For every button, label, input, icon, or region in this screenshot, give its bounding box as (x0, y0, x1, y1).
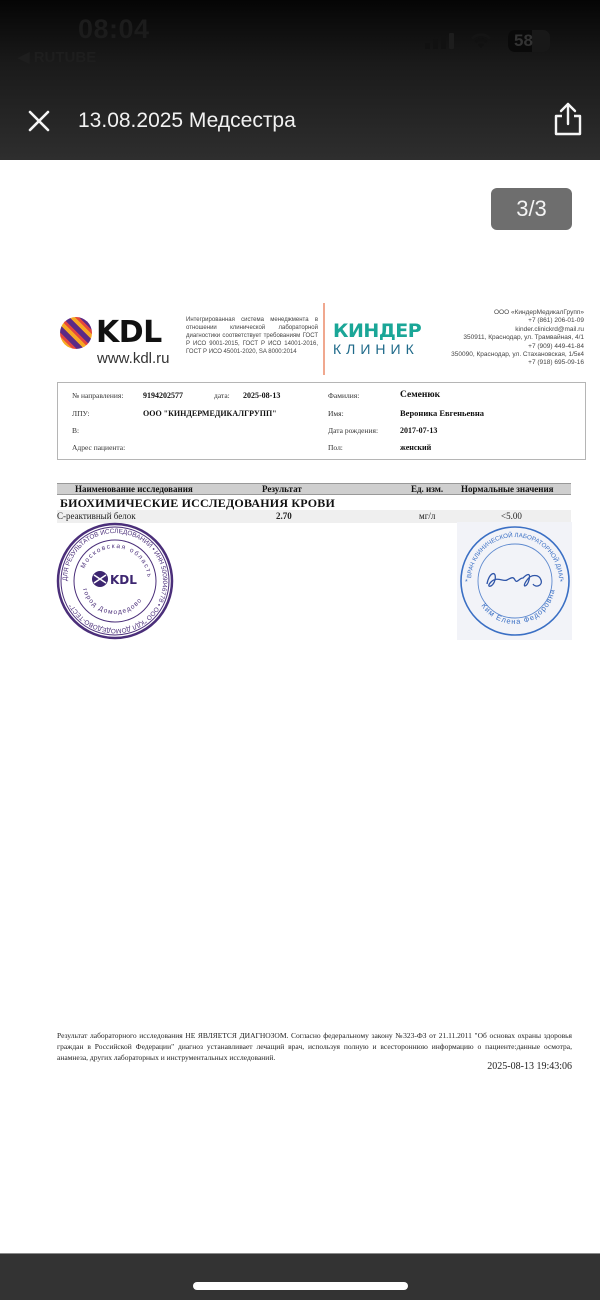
battery-icon: 58 (508, 30, 550, 52)
dob-label: Дата рождения: (328, 426, 378, 435)
svg-text:Ким Елена Федоровна: Ким Елена Федоровна (480, 588, 557, 626)
wifi-icon (470, 33, 492, 49)
results-section-title: БИОХИМИЧЕСКИЕ ИССЛЕДОВАНИЯ КРОВИ (60, 496, 335, 511)
dob-value: 2017-07-13 (400, 426, 437, 435)
lpu-label: ЛПУ: (72, 409, 90, 418)
clinic-contact-line: ООО «КиндерМедикалГрупп» (384, 309, 584, 317)
home-indicator[interactable] (193, 1282, 408, 1290)
svg-text:ВРАЧ КЛИНИЧЕСКОЙ ЛАБОРАТОРНОЙ: ВРАЧ КЛИНИЧЕСКОЙ ЛАБОРАТОРНОЙ ДИАГНОСТИК… (457, 522, 564, 581)
kdl-url: www.kdl.ru (97, 350, 170, 367)
header-divider (323, 303, 325, 375)
svg-text:KDL: KDL (110, 573, 137, 587)
kdl-certification: Интегрированная система менеджмента в от… (186, 316, 318, 356)
back-to-app-link[interactable]: ◀ RUTUBE (18, 48, 96, 66)
sex-value: женский (400, 443, 431, 452)
clinic-contact-line: +7 (918) 695-09-16 (384, 359, 584, 367)
column-header-name: Наименование исследования (75, 484, 193, 494)
document-title: 13.08.2025 Медсестра (78, 109, 296, 133)
svg-text:*: * (465, 579, 468, 586)
close-icon[interactable] (22, 104, 56, 138)
share-icon[interactable] (550, 100, 586, 140)
clinic-contact-line: +7 (909) 449-41-84 (384, 343, 584, 351)
bottom-bar (0, 1253, 600, 1300)
results-table-header: Наименование исследования Результат Ед. … (57, 483, 571, 495)
clinic-contact-line: +7 (861) 206-01-09 (384, 317, 584, 325)
kdl-logo: KDL (60, 315, 162, 350)
disclaimer-text: Результат лабораторного исследования НЕ … (57, 1030, 572, 1063)
kdl-logo-text: KDL (96, 315, 162, 350)
test-normal-range: <5.00 (501, 511, 522, 521)
date-value: 2025-08-13 (243, 391, 280, 400)
clinic-contact-line: 350090, Краснодар, ул. Стахановская, 1/5… (384, 351, 584, 359)
column-header-result: Результат (262, 484, 302, 494)
test-unit: мг/л (419, 511, 435, 521)
clinic-contact-line: kinder.clinickrd@mail.ru (384, 326, 584, 334)
signature (487, 574, 541, 587)
top-bar: 08:04 ◀ RUTUBE 58 13.08.2025 Медсестра (0, 0, 600, 160)
v-label: В: (72, 426, 79, 435)
status-icons: 58 (425, 30, 550, 52)
name-label: Имя: (328, 409, 344, 418)
surname-value: Семенюк (400, 390, 440, 400)
clinic-contact-line: 350911, Краснодар, ул. Трамвайная, 4/1 (384, 334, 584, 342)
address-label: Адрес пациента: (72, 443, 125, 452)
surname-label: Фамилия: (328, 391, 359, 400)
svg-text:город Домодедово: город Домодедово (81, 588, 144, 616)
lpu-value: ООО "КИНДЕРМЕДИКАЛГРУПП" (143, 409, 277, 418)
name-value: Вероника Евгеньевна (400, 408, 484, 418)
printed-timestamp: 2025-08-13 19:43:06 (487, 1061, 572, 1072)
referral-value: 9194202577 (143, 391, 183, 400)
doctor-stamp: ВРАЧ КЛИНИЧЕСКОЙ ЛАБОРАТОРНОЙ ДИАГНОСТИК… (457, 522, 572, 640)
cellular-signal-icon (425, 33, 454, 49)
patient-info-box: № направления: 9194202577 дата: 2025-08-… (57, 382, 586, 460)
kdl-ball-icon (60, 317, 92, 349)
test-name: С-реактивный белок (57, 511, 136, 521)
svg-text:*: * (560, 579, 563, 586)
status-time: 08:04 (78, 14, 150, 45)
date-label: дата: (214, 391, 230, 400)
test-result: 2.70 (276, 511, 292, 521)
battery-percent: 58 (514, 31, 533, 51)
lab-stamp: ДЛЯ РЕЗУЛЬТАТОВ ИССЛЕДОВАНИЙ • ИНН 50090… (56, 522, 174, 640)
page-counter: 3/3 (491, 188, 572, 230)
clinic-contacts: ООО «КиндерМедикалГрупп» +7 (861) 206-01… (384, 309, 584, 368)
column-header-normal: Нормальные значения (461, 484, 554, 494)
column-header-unit: Ед. изм. (411, 484, 443, 494)
referral-label: № направления: (72, 391, 123, 400)
sex-label: Пол: (328, 443, 343, 452)
